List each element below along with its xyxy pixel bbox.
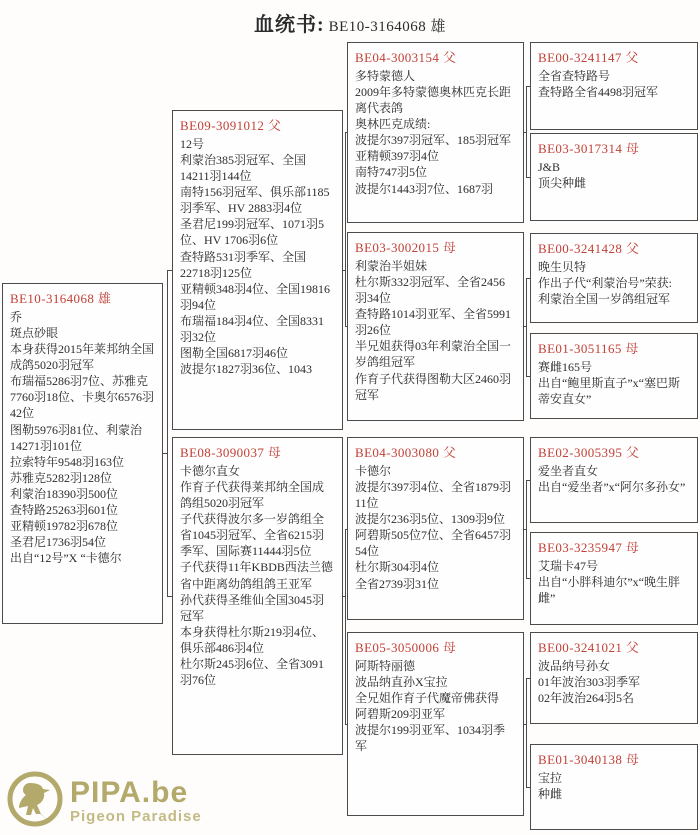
- connector-line: [167, 270, 172, 271]
- ring-number: BE00-3241021 父: [538, 637, 690, 656]
- pedigree-line: 01年波治303羽季军: [538, 674, 690, 690]
- ring-number: BE09-3091012 父: [180, 115, 335, 134]
- pedigree-line: 赛雌165号: [538, 359, 690, 375]
- pedigree-line: 卡德尔: [355, 463, 516, 479]
- pedigree-line: J&B: [538, 159, 690, 175]
- pedigree-line: 波提尔397羽冠军、185羽冠军: [355, 132, 516, 148]
- connector-line: [345, 724, 348, 725]
- pedigree-line: 多特蒙德人: [355, 68, 516, 84]
- connector-line: [345, 132, 346, 327]
- pedigree-details: 波品纳号孙女01年波治303羽季军02年波治264羽5名: [538, 658, 690, 706]
- pedigree-line: 亚精顿19782羽678位: [10, 518, 155, 534]
- ring-number: BE00-3241147 父: [538, 47, 690, 66]
- pedigree-details: 宝拉种雌: [538, 770, 690, 802]
- paternal-grandmother-box: BE03-3002015 母 利蒙治半姐妹杜尔斯332羽冠军、全省2456羽34…: [347, 232, 524, 421]
- pedigree-details: 卡德尔波提尔397羽4位、全省1879羽11位波提尔236羽5位、1309羽9位…: [355, 463, 516, 592]
- pigeon-icon: [6, 770, 64, 833]
- pedigree-line: 艾瑞卡47号: [538, 558, 690, 574]
- great-grandmother-fm-box: BE01-3051165 母 赛雌165号出自“鲍里斯直子”x“塞巴斯蒂安直女”: [530, 333, 698, 419]
- great-grandfather-ff-box: BE00-3241147 父 全省查特路号查特路全省4498羽冠军: [530, 42, 698, 130]
- pedigree-details: 利蒙治半姐妹杜尔斯332羽冠军、全省2456羽34位查特路1014羽亚军、全省5…: [355, 258, 516, 403]
- pedigree-line: 出自“爱坐者”x“阿尔多孙女”: [538, 479, 690, 495]
- pedigree-details: J&B顶尖种雌: [538, 159, 690, 191]
- great-grandfather-mf-box: BE02-3005395 父 爱坐者直女出自“爱坐者”x“阿尔多孙女”: [530, 437, 698, 523]
- connector-line: [526, 578, 530, 579]
- pedigree-line: 02年波治264羽5名: [538, 690, 690, 706]
- ring-number: BE00-3241428 父: [538, 238, 690, 257]
- pedigree-line: 查特路531羽季军、全国22718羽125位: [180, 249, 335, 281]
- logo-tagline: Pigeon Paradise: [70, 808, 202, 825]
- connector-line: [526, 480, 530, 481]
- pedigree-line: 南特156羽冠军、俱乐部1185羽季军、HV 2883羽4位: [180, 184, 335, 216]
- pedigree-details: 阿斯特丽德波品纳直孙X宝拉全兄姐作育子代魔帝佛获得阿碧斯209羽亚军波提尔199…: [355, 658, 516, 754]
- pedigree-details: 艾瑞卡47号出自“小胖科迪尔”x“晚生胖雌”: [538, 558, 690, 606]
- pedigree-details: 乔斑点砂眼本身获得2015年莱邦纳全国成鸽5020羽冠军布瑞福5286羽7位、苏…: [10, 309, 155, 566]
- pedigree-line: 布瑞福184羽4位、全国8331羽32位: [180, 313, 335, 345]
- pedigree-line: 利蒙治18390羽500位: [10, 486, 155, 502]
- pedigree-line: 阿碧斯505位7位、全省6457羽54位: [355, 527, 516, 559]
- connector-line: [167, 270, 168, 597]
- pedigree-line: 亚精顿397羽4位: [355, 148, 516, 164]
- pedigree-line: 图勒全国6817羽46位: [180, 345, 335, 361]
- pedigree-line: 奥林匹克成绩:: [355, 116, 516, 132]
- pedigree-line: 斑点砂眼: [10, 325, 155, 341]
- pedigree-line: 爱坐者直女: [538, 463, 690, 479]
- pedigree-line: 孙代获得圣维仙全国3045羽冠军: [180, 592, 335, 624]
- page-title: 血统书: BE10-3164068 雄: [0, 8, 700, 37]
- pedigree-line: 拉索特年9548羽163位: [10, 454, 155, 470]
- ring-number: BE08-3090037 母: [180, 442, 335, 461]
- ring-number: BE01-3040138 母: [538, 749, 690, 768]
- pedigree-details: 多特蒙德人2009年多特蒙德奥林匹克长距离代表鸽奥林匹克成绩:波提尔397羽冠军…: [355, 68, 516, 197]
- pedigree-line: 出自“小胖科迪尔”x“晚生胖雌”: [538, 574, 690, 606]
- pedigree-line: 波品纳直孙X宝拉: [355, 674, 516, 690]
- pedigree-details: 晚生贝特作出子代“利蒙治号”荣获:利蒙治全国一岁鸽组冠军: [538, 259, 690, 307]
- connector-line: [345, 529, 346, 725]
- ring-number: BE02-3005395 父: [538, 442, 690, 461]
- maternal-grandfather-box: BE04-3003080 父 卡德尔波提尔397羽4位、全省1879羽11位波提…: [347, 437, 524, 620]
- pedigree-details: 全省查特路号查特路全省4498羽冠军: [538, 68, 690, 100]
- connector-line: [526, 480, 527, 578]
- pedigree-line: 出自“12号”X “卡德尔: [10, 550, 155, 566]
- connector-line: [345, 132, 348, 133]
- pedigree-line: 顶尖种雌: [538, 175, 690, 191]
- connector-line: [526, 177, 530, 178]
- pedigree-line: 圣君尼199羽冠军、1071羽5位、HV 1706羽6位: [180, 216, 335, 248]
- pedigree-line: 查特路全省4498羽冠军: [538, 84, 690, 100]
- pedigree-line: 图勒5976羽81位、利蒙治14271羽101位: [10, 422, 155, 454]
- ring-number: BE04-3003154 父: [355, 47, 516, 66]
- pedigree-line: 卡德尔直女: [180, 463, 335, 479]
- pedigree-line: 波提尔1827羽36位、1043: [180, 361, 335, 377]
- pedigree-line: 阿斯特丽德: [355, 658, 516, 674]
- connector-line: [526, 678, 530, 679]
- mother-box: BE08-3090037 母 卡德尔直女作育子代获得莱邦纳全国成鸽组5020羽冠…: [172, 437, 343, 755]
- pedigree-line: 波提尔1443羽7位、1687羽: [355, 181, 516, 197]
- pipa-logo: PIPA.be Pigeon Paradise: [6, 770, 202, 833]
- pedigree-line: 子代获得波尔多一岁鸽组全省1045羽冠军、全省6215羽季军、国际赛11444羽…: [180, 511, 335, 559]
- pedigree-details: 卡德尔直女作育子代获得莱邦纳全国成鸽组5020羽冠军子代获得波尔多一岁鸽组全省1…: [180, 463, 335, 688]
- pedigree-line: 利蒙治全国一岁鸽组冠军: [538, 291, 690, 307]
- pedigree-line: 南特747羽5位: [355, 164, 516, 180]
- pedigree-line: 种雌: [538, 786, 690, 802]
- connector-line: [526, 278, 527, 376]
- connector-line: [526, 86, 530, 87]
- connector-line: [526, 787, 530, 788]
- pedigree-line: 子代获得11年KBDB西法兰德省中距离幼鸽组鸽王亚军: [180, 559, 335, 591]
- pedigree-line: 作育子代获得莱邦纳全国成鸽组5020羽冠军: [180, 479, 335, 511]
- connector-line: [345, 529, 348, 530]
- pedigree-line: 波提尔199羽亚军、1034羽季军: [355, 722, 516, 754]
- ring-number: BE01-3051165 母: [538, 338, 690, 357]
- ring-number: BE05-3050006 母: [355, 637, 516, 656]
- connector-line: [526, 678, 527, 787]
- connector-line: [526, 278, 530, 279]
- pedigree-line: 本身获得杜尔斯219羽4位、俱乐部486羽4位: [180, 624, 335, 656]
- subject-box: BE10-3164068 雄 乔斑点砂眼本身获得2015年莱邦纳全国成鸽5020…: [2, 283, 163, 624]
- great-grandfather-mm-box: BE00-3241021 父 波品纳号孙女01年波治303羽季军02年波治264…: [530, 632, 698, 724]
- pedigree-line: 半兄姐获得03年利蒙治全国一岁鸽组冠军: [355, 338, 516, 370]
- pedigree-line: 出自“鲍里斯直子”x“塞巴斯蒂安直女”: [538, 375, 690, 407]
- pedigree-line: 查特路1014羽亚军、全省5991羽26位: [355, 306, 516, 338]
- great-grandmother-mm-box: BE01-3040138 母 宝拉种雌: [530, 744, 698, 830]
- pedigree-line: 圣君尼1736羽54位: [10, 534, 155, 550]
- ring-number: BE03-3002015 母: [355, 237, 516, 256]
- pedigree-line: 乔: [10, 309, 155, 325]
- pedigree-line: 全兄姐作育子代魔帝佛获得: [355, 690, 516, 706]
- great-grandmother-mf-box: BE03-3235947 母 艾瑞卡47号出自“小胖科迪尔”x“晚生胖雌”: [530, 532, 698, 625]
- pedigree-details: 12号利蒙治385羽冠军、全国14211羽144位南特156羽冠军、俱乐部118…: [180, 136, 335, 377]
- pedigree-line: 波提尔236羽5位、1309羽9位: [355, 511, 516, 527]
- pedigree-line: 苏雅克5282羽128位: [10, 470, 155, 486]
- paternal-grandfather-box: BE04-3003154 父 多特蒙德人2009年多特蒙德奥林匹克长距离代表鸽奥…: [347, 42, 524, 223]
- maternal-grandmother-box: BE05-3050006 母 阿斯特丽德波品纳直孙X宝拉全兄姐作育子代魔帝佛获得…: [347, 632, 524, 816]
- connector-line: [526, 86, 527, 178]
- pedigree-line: 利蒙治半姐妹: [355, 258, 516, 274]
- pedigree-line: 全省查特路号: [538, 68, 690, 84]
- pedigree-line: 杜尔斯304羽4位: [355, 559, 516, 575]
- logo-title: PIPA.be: [70, 778, 202, 808]
- pedigree-line: 12号: [180, 136, 335, 152]
- father-box: BE09-3091012 父 12号利蒙治385羽冠军、全国14211羽144位…: [172, 110, 343, 430]
- ring-number: BE03-3235947 母: [538, 537, 690, 556]
- pedigree-line: 2009年多特蒙德奥林匹克长距离代表鸽: [355, 84, 516, 116]
- pedigree-line: 波品纳号孙女: [538, 658, 690, 674]
- connector-line: [345, 326, 348, 327]
- ring-number: BE10-3164068 雄: [10, 288, 155, 307]
- pedigree-line: 杜尔斯245羽6位、全省3091羽76位: [180, 656, 335, 688]
- pedigree-line: 晚生贝特: [538, 259, 690, 275]
- ring-number: BE04-3003080 父: [355, 442, 516, 461]
- great-grandmother-ff-box: BE03-3017314 母 J&B顶尖种雌: [530, 133, 698, 221]
- ring-number: BE03-3017314 母: [538, 138, 690, 157]
- great-grandfather-fm-box: BE00-3241428 父 晚生贝特作出子代“利蒙治号”荣获:利蒙治全国一岁鸽…: [530, 233, 698, 323]
- pedigree-line: 波提尔397羽4位、全省1879羽11位: [355, 479, 516, 511]
- pedigree-line: 利蒙治385羽冠军、全国14211羽144位: [180, 152, 335, 184]
- pedigree-line: 作育子代获得图勒大区2460羽冠军: [355, 371, 516, 403]
- pedigree-title-label: 血统书:: [254, 14, 325, 36]
- pedigree-line: 阿碧斯209羽亚军: [355, 706, 516, 722]
- pedigree-line: 杜尔斯332羽冠军、全省2456羽34位: [355, 274, 516, 306]
- pedigree-line: 全省2739羽31位: [355, 576, 516, 592]
- connector-line: [526, 376, 530, 377]
- pedigree-title-id: BE10-3164068 雄: [329, 19, 446, 35]
- pedigree-line: 查特路25263羽601位: [10, 502, 155, 518]
- pedigree-line: 宝拉: [538, 770, 690, 786]
- pedigree-line: 亚精顿348羽4位、全国19816羽94位: [180, 281, 335, 313]
- pedigree-details: 爱坐者直女出自“爱坐者”x“阿尔多孙女”: [538, 463, 690, 495]
- pedigree-line: 本身获得2015年莱邦纳全国成鸽5020羽冠军: [10, 341, 155, 373]
- connector-line: [167, 596, 172, 597]
- logo-text: PIPA.be Pigeon Paradise: [70, 778, 202, 825]
- pedigree-line: 布瑞福5286羽7位、苏雅克7760羽18位、卡奥尔6576羽42位: [10, 373, 155, 421]
- pedigree-line: 作出子代“利蒙治号”荣获:: [538, 275, 690, 291]
- pedigree-details: 赛雌165号出自“鲍里斯直子”x“塞巴斯蒂安直女”: [538, 359, 690, 407]
